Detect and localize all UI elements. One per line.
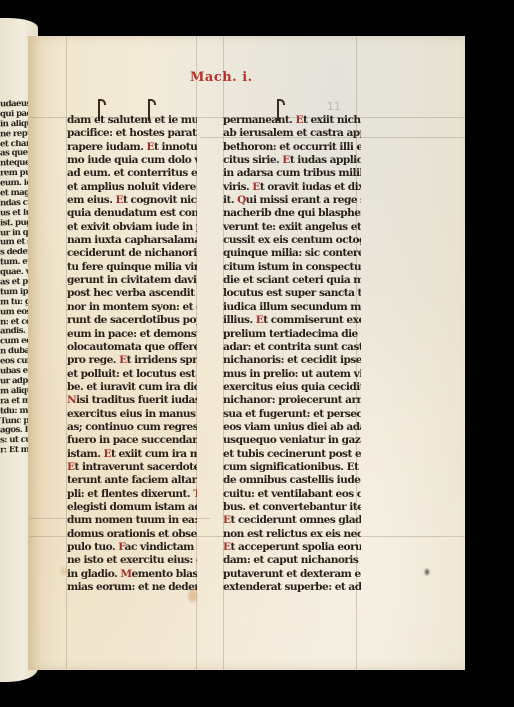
text-line: it. Qui missi erant a rege sen- <box>223 194 361 207</box>
text-line: usquequo veniatur in gazara <box>223 434 361 447</box>
text-line: de omnibus castellis iudee in cir- <box>223 474 361 487</box>
running-head: Mach. i. <box>190 70 253 85</box>
text-line: olocautomata que offerebant <box>67 341 197 354</box>
rubricated-initial: E <box>103 448 111 460</box>
text-line: in adarsa cum tribus milibus <box>223 167 361 180</box>
stain-mark <box>60 566 67 576</box>
text-line: et tubis cecinerunt post eos <box>223 448 361 461</box>
text-line: et amplius noluit videre faci- <box>67 181 197 194</box>
text-line: et exivit obviam iude in pug- <box>67 221 197 234</box>
text-line: et polluit: et locutus est super- <box>67 368 197 381</box>
ink-speck <box>425 569 429 575</box>
text-line: verunt te: exiit angelus et p- <box>223 221 361 234</box>
rubricated-initial: E <box>295 114 303 126</box>
text-line: eum in pace: et demonstrare ei <box>67 328 197 341</box>
text-line: putaverunt et dexteram eius quam <box>223 568 361 581</box>
rubricated-initial: F <box>118 541 124 553</box>
text-line: pro rege. Et irridens sprevit eos <box>67 354 197 367</box>
rubricated-initial: E <box>256 314 264 326</box>
rubricated-initial: E <box>116 194 124 206</box>
text-line: Et acceperunt spolia eorum in pre- <box>223 541 361 554</box>
text-line: pli: et flentes dixerunt. Tu dne <box>67 488 197 501</box>
text-line: as; continuo cum regressus <box>67 421 197 434</box>
text-line: ab ierusalem et castra applicuit ad <box>223 127 361 140</box>
rubricated-initial: E <box>223 541 231 553</box>
text-line: nichanoris: et cecidit ipse pri- <box>223 354 361 367</box>
text-line: adar: et contrita sunt castra <box>223 341 361 354</box>
text-line: ceciderunt de nichanoris exerci- <box>67 247 197 260</box>
text-line: gerunt in civitatem david. Et <box>67 274 197 287</box>
text-line: eos viam unius diei ab adaza <box>223 421 361 434</box>
text-line: dam et salutem et ie munian <box>67 114 197 127</box>
text-line: dam: et caput nichanoris am- <box>223 554 361 567</box>
text-line: bethoron: et occurrit illi exer- <box>223 141 361 154</box>
text-line: terunt ante faciem altaris et te- <box>67 474 197 487</box>
rubricated-initial: T <box>193 488 197 500</box>
rubricated-initial: E <box>67 461 75 473</box>
rubricated-initial: N <box>67 394 76 406</box>
text-line: dum nomen tuum in ea: ut esset <box>67 514 197 527</box>
text-line: be. et iuravit cum ira dicens. <box>67 381 197 394</box>
text-line: in gladio. Memento blasphe- <box>67 568 197 581</box>
rubricated-initial: E <box>223 514 231 526</box>
text-line: em eius. Et cognovit nichanor <box>67 194 197 207</box>
text-line: quinque milia: sic contere exer- <box>223 247 361 260</box>
text-line: runt de sacerdotibus populi salutare <box>67 314 197 327</box>
rubricated-initial: E <box>147 141 155 153</box>
rubricated-initial: Q <box>237 194 246 206</box>
text-line: nam iuxta capharsalama. Et <box>67 234 197 247</box>
text-line: Et intraverunt sacerdotes et ste- <box>67 461 197 474</box>
text-line: die et sciant ceteri quia male <box>223 274 361 287</box>
text-line: pulo tuo. Fac vindictam in homi- <box>67 541 197 554</box>
text-line: cussit ex eis centum octoginta <box>223 234 361 247</box>
text-line: ne isto et exercitu eius: et cadant <box>67 554 197 567</box>
text-line: quia denudatum est consilium eius: <box>67 207 197 220</box>
rubricated-initial: E <box>252 181 260 193</box>
text-line: locutus est super sancta tua: et <box>223 287 361 300</box>
rubricated-initial: E <box>119 354 127 366</box>
text-line: prelium tertiadecima die mensis <box>223 328 361 341</box>
text-line: pacifice: et hostes parati erant <box>67 127 197 140</box>
text-line: ad eum. et conterritus est ab eo: <box>67 167 197 180</box>
text-line: bus. et convertebantur iterum ad eos. <box>223 501 361 514</box>
text-line: tu fere quinque milia viri: et fu- <box>67 261 197 274</box>
text-line: mias eorum: et ne dederis eis ut <box>67 581 197 594</box>
text-line: citum istum in conspectu nro ho- <box>223 261 361 274</box>
text-line: nacherib dne qui blasphema- <box>223 207 361 220</box>
text-line: sua et fugerunt: et persecuti sunt <box>223 408 361 421</box>
text-line: nichanor: proiecerunt arma <box>223 394 361 407</box>
text-line: domus orationis et obsecrationis po- <box>67 528 197 541</box>
text-line: illius. Et commiserunt exercitus <box>223 314 361 327</box>
text-line: cuitu: et ventilabant eos cornibus <box>223 488 361 501</box>
text-line: nor in montem syon: et exie- <box>67 301 197 314</box>
text-line: non est relictus ex eis nec unus. <box>223 528 361 541</box>
rubricated-initial: E <box>282 154 290 166</box>
text-line: mus in prelio: ut autem vidit <box>223 368 361 381</box>
text-line: istam. Et exiit cum ira magna. <box>67 448 197 461</box>
text-line: exercitus eius quia cecidit <box>223 381 361 394</box>
text-line: permaneant. Et exiit nichanor <box>223 114 361 127</box>
text-line: iudica illum secundum maliciam <box>223 301 361 314</box>
text-line: extenderat superbe: et adtulerunt <box>223 581 361 594</box>
text-line: cum significationibus. Et exierunt <box>223 461 361 474</box>
text-line: exercitus eius in manus me- <box>67 408 197 421</box>
text-line: elegisti domum istam ad invocan- <box>67 501 197 514</box>
text-line: Et ceciderunt omnes gladio: et <box>223 514 361 527</box>
text-line: fuero in pace succendam domum <box>67 434 197 447</box>
text-line: mo iude quia cum dolo venerat <box>67 154 197 167</box>
text-line: post hec verba ascendit nicha- <box>67 287 197 300</box>
text-line: rapere iudam. Et innotuit ser- <box>67 141 197 154</box>
pencil-folio-mark: 11 <box>327 100 341 113</box>
text-column-right: permaneant. Et exiit nichanorab ierusale… <box>223 114 361 594</box>
text-line: Nisi traditus fuerit iudas et <box>67 394 197 407</box>
text-column-left: dam et salutem et ie munianpacifice: et … <box>67 114 197 594</box>
text-line: viris. Et oravit iudas et dix- <box>223 181 361 194</box>
manuscript-photo: udaeus: iqui pace. ein aliqui. tne repub… <box>0 0 514 707</box>
text-line: citus sirie. Et iudas applicuit <box>223 154 361 167</box>
rubricated-initial: M <box>120 568 131 580</box>
